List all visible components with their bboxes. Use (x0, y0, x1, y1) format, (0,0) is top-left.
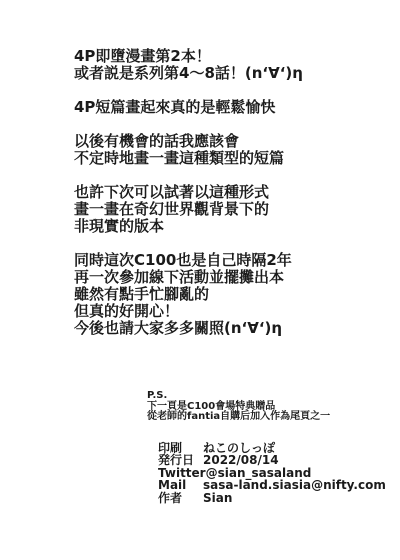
afterword-line: 也許下次可以試著以這種形式 (74, 184, 303, 201)
afterword-line: 4P短篇畫起來真的是輕鬆愉快 (74, 99, 303, 116)
afterword-paragraph: 也許下次可以試著以這種形式畫一畫在奇幻世界觀背景下的非現實的版本 (74, 184, 303, 235)
afterword-line: 但真的好開心！ (74, 303, 303, 320)
afterword-line: 不定時地畫一畫這種類型的短篇 (74, 150, 303, 167)
colophon-row: 発行日2022/08/14 (158, 454, 386, 466)
colophon-label: 作者 (158, 492, 203, 504)
afterword-text: 4P即墮漫畫第2本！或者説是系列第4～8話！(n‘∀‘)η4P短篇畫起來真的是輕… (74, 48, 303, 337)
afterword-line: 4P即墮漫畫第2本！ (74, 48, 303, 65)
colophon-row: 作者Sian (158, 492, 386, 504)
postscript-line: 從老師的fantia自購后加入作為尾頁之一 (147, 412, 330, 423)
afterword-line: 今後也請大家多多關照(n‘∀‘)η (74, 320, 303, 337)
afterword-line: 或者説是系列第4～8話！(n‘∀‘)η (74, 65, 303, 82)
postscript-lines: 下一頁是C100會場特典贈品從老師的fantia自購后加入作為尾頁之一 (147, 402, 330, 423)
afterword-page: 4P即墮漫畫第2本！或者説是系列第4～8話！(n‘∀‘)η4P短篇畫起來真的是輕… (0, 0, 400, 560)
afterword-line: 再一次參加線下活動並擺攤出本 (74, 269, 303, 286)
afterword-line: 非現實的版本 (74, 218, 303, 235)
postscript-block: P.S. 下一頁是C100會場特典贈品從老師的fantia自購后加入作為尾頁之一 (147, 391, 330, 423)
colophon-label: 発行日 (158, 454, 203, 466)
colophon-label: Mail (158, 479, 203, 491)
postscript-label: P.S. (147, 391, 330, 402)
afterword-line: 雖然有點手忙腳亂的 (74, 286, 303, 303)
colophon-value: Sian (203, 492, 386, 504)
afterword-paragraph: 同時這次C100也是自己時隔2年再一次參加線下活動並擺攤出本雖然有點手忙腳亂的但… (74, 252, 303, 337)
colophon-value: 2022/08/14 (203, 454, 386, 466)
colophon-row: Mailsasa-land.siasia@nifty.com (158, 479, 386, 491)
afterword-paragraph: 4P短篇畫起來真的是輕鬆愉快 (74, 99, 303, 116)
afterword-line: 以後有機會的話我應該會 (74, 133, 303, 150)
colophon-block: 印刷ねこのしっぽ発行日2022/08/14Twitter@sian_sasala… (158, 442, 386, 504)
afterword-line: 同時這次C100也是自己時隔2年 (74, 252, 303, 269)
afterword-paragraph: 以後有機會的話我應該會不定時地畫一畫這種類型的短篇 (74, 133, 303, 167)
afterword-line: 畫一畫在奇幻世界觀背景下的 (74, 201, 303, 218)
afterword-paragraph: 4P即墮漫畫第2本！或者説是系列第4～8話！(n‘∀‘)η (74, 48, 303, 82)
colophon-value: sasa-land.siasia@nifty.com (203, 479, 386, 491)
